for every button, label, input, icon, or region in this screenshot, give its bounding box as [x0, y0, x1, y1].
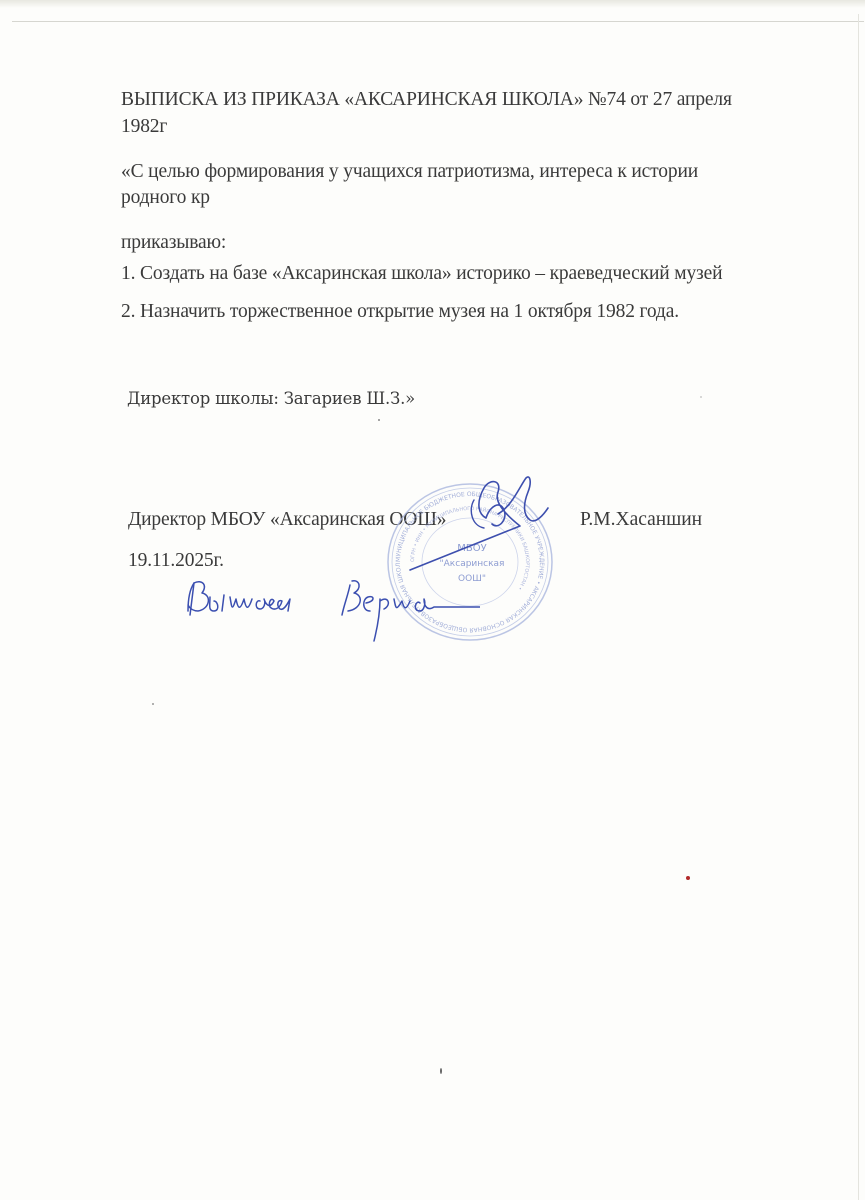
- order-word: приказываю:: [121, 231, 226, 255]
- scan-speck: [152, 703, 154, 705]
- handwritten-certification-note: [180, 575, 480, 645]
- scan-edge-top: [12, 21, 864, 22]
- intro-line-1: «С целью формирования у учащихся патриот…: [121, 160, 698, 184]
- intro-line-2: родного кр: [121, 186, 210, 210]
- scan-speck: [378, 419, 380, 421]
- document-title-line-1: ВЫПИСКА ИЗ ПРИКАЗА «АКСАРИНСКАЯ ШКОЛА» №…: [121, 88, 732, 112]
- scan-speck: [686, 876, 690, 880]
- document-title-line-2: 1982г: [121, 115, 167, 139]
- original-signatory: Директор школы: Загариев Ш.З.»: [127, 387, 415, 411]
- scan-top-shadow: [0, 0, 865, 8]
- order-item-1: 1. Создать на базе «Аксаринская школа» и…: [121, 262, 722, 286]
- certification-date: 19.11.2025г.: [128, 549, 224, 573]
- scan-edge-right: [858, 14, 859, 1200]
- scan-speck: [440, 1068, 442, 1074]
- order-item-2: 2. Назначить торжественное открытие музе…: [121, 300, 679, 324]
- scan-speck: [700, 396, 702, 398]
- director-name: Р.М.Хасаншин: [580, 508, 702, 532]
